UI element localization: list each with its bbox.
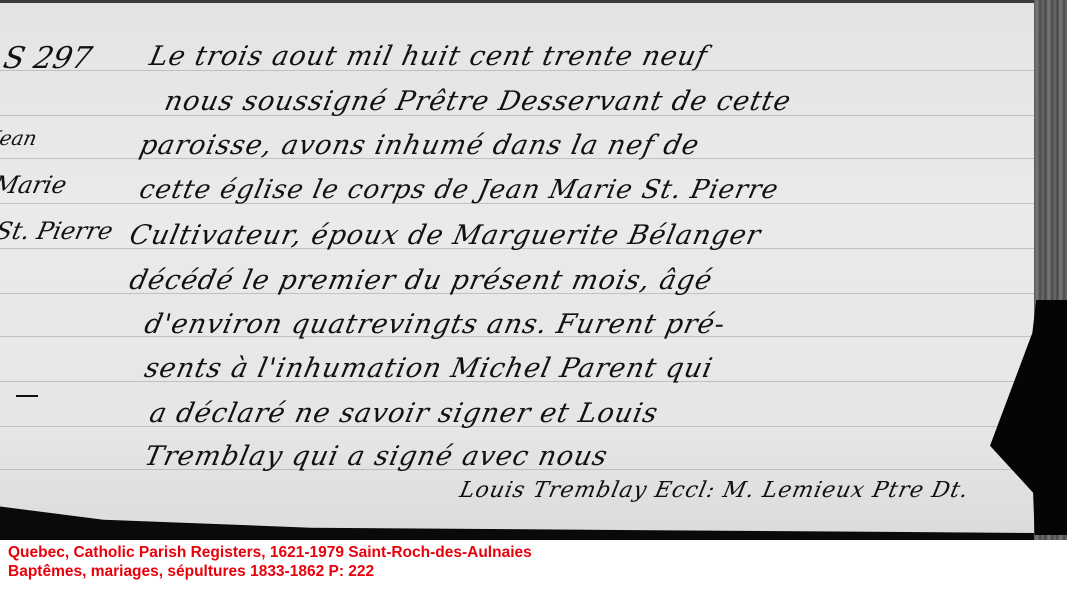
record-line-6: décédé le premier du présent mois, âgé bbox=[127, 265, 716, 296]
record-line-9: a déclaré ne savoir signer et Louis bbox=[147, 398, 662, 429]
margin-dash bbox=[16, 395, 38, 397]
record-line-8: sents à l'inhumation Michel Parent qui bbox=[142, 353, 716, 384]
register-page: S 297 Jean Marie St. Pierre Le trois aou… bbox=[0, 3, 1036, 533]
record-line-1: Le trois aout mil huit cent trente neuf bbox=[147, 41, 711, 72]
record-line-5: Cultivateur, époux de Marguerite Bélange… bbox=[127, 220, 764, 251]
entry-number: S 297 bbox=[0, 41, 95, 76]
signatures: Louis Tremblay Eccl: M. Lemieux Ptre Dt. bbox=[457, 478, 971, 503]
margin-name-line-2: Marie bbox=[0, 171, 69, 199]
record-line-3: paroisse, avons inhumé dans la nef de bbox=[137, 130, 703, 161]
record-line-4: cette église le corps de Jean Marie St. … bbox=[137, 175, 782, 205]
register-scan: S 297 Jean Marie St. Pierre Le trois aou… bbox=[0, 0, 1067, 540]
scan-top-edge bbox=[0, 0, 1067, 3]
record-line-7: d'environ quatrevingts ans. Furent pré- bbox=[142, 309, 729, 340]
record-line-10: Tremblay qui a signé avec nous bbox=[142, 441, 611, 472]
caption-line-1: Quebec, Catholic Parish Registers, 1621-… bbox=[8, 543, 532, 562]
source-caption: Quebec, Catholic Parish Registers, 1621-… bbox=[8, 543, 532, 581]
margin-name-line-1: Jean bbox=[0, 126, 39, 150]
record-line-2: nous soussigné Prêtre Desservant de cett… bbox=[162, 86, 795, 117]
caption-line-2: Baptêmes, mariages, sépultures 1833-1862… bbox=[8, 562, 532, 581]
margin-name-line-3: St. Pierre bbox=[0, 217, 116, 245]
